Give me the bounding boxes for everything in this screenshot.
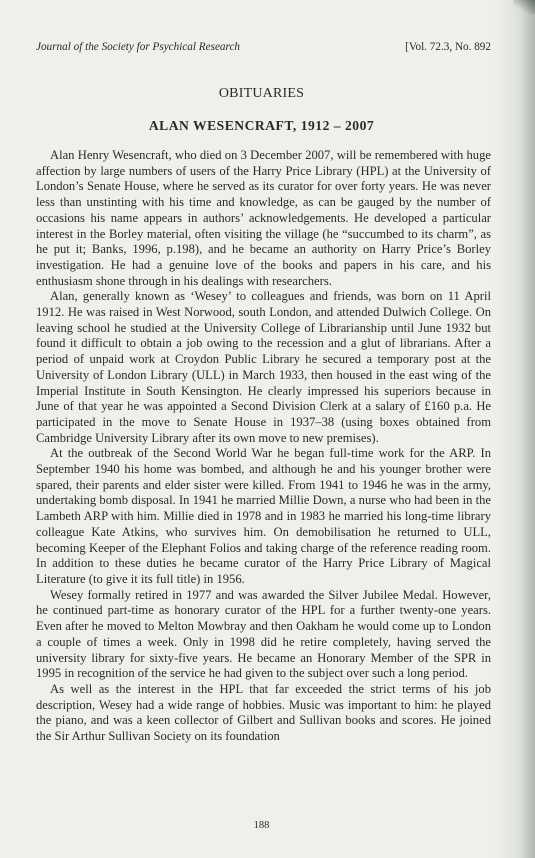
page-number-text: 188 (254, 820, 270, 831)
section-title-text: OBITUARIES (219, 86, 304, 101)
article-title: ALAN WESENCRAFT, 1912 – 2007 (0, 118, 535, 134)
volume-issue: [Vol. 72.3, No. 892 (405, 41, 491, 53)
paragraph-1: Alan Henry Wesencraft, who died on 3 Dec… (36, 148, 491, 289)
article-title-text: ALAN WESENCRAFT, 1912 – 2007 (149, 118, 374, 133)
article-body: Alan Henry Wesencraft, who died on 3 Dec… (36, 148, 491, 745)
section-title: OBITUARIES (0, 86, 535, 102)
page-corner-shadow (513, 0, 535, 14)
page-number: 188 (0, 820, 535, 831)
journal-page: Journal of the Society for Psychical Res… (0, 0, 535, 858)
paragraph-3: At the outbreak of the Second World War … (36, 446, 491, 587)
paragraph-2: Alan, generally known as ‘Wesey’ to coll… (36, 289, 491, 446)
paragraph-5: As well as the interest in the HPL that … (36, 682, 491, 745)
journal-name: Journal of the Society for Psychical Res… (36, 41, 240, 53)
paragraph-4: Wesey formally retired in 1977 and was a… (36, 588, 491, 682)
running-head: Journal of the Society for Psychical Res… (36, 41, 491, 57)
